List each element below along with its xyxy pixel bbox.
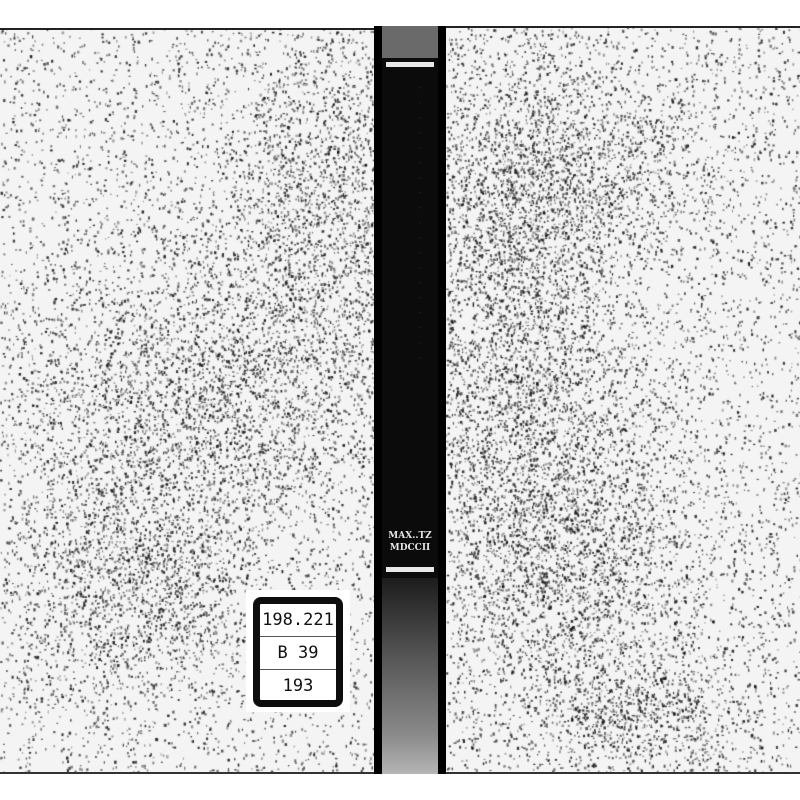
book-scan: · · · · · · · · · · · · · · · · · · · MA… [0,0,800,800]
spine-label-author: MAX..TZ [384,530,436,542]
call-number-sticker: 198.221 B 39 193 [246,590,350,712]
spine-tail [382,578,438,774]
call-number-year: 193 [260,670,336,702]
call-number-class: 198.221 [260,604,336,637]
spine-label-year: MDCCII [384,542,436,554]
spine-band-lower [386,567,434,572]
spine-title: · · · · · · · · · · · · · · · · · · · [394,86,426,526]
spine-hinge-left [374,26,382,774]
call-number-frame: 198.221 B 39 193 [253,597,343,707]
spine-label: MAX..TZ MDCCII [384,530,436,554]
spine-band-top [386,62,434,67]
call-number-cutter: B 39 [260,637,336,670]
front-cover [446,26,800,774]
cover-texture [446,26,800,772]
book-spine: · · · · · · · · · · · · · · · · · · · MA… [374,26,446,774]
spine-hinge-right [438,26,446,774]
spine-headcap [382,26,438,58]
